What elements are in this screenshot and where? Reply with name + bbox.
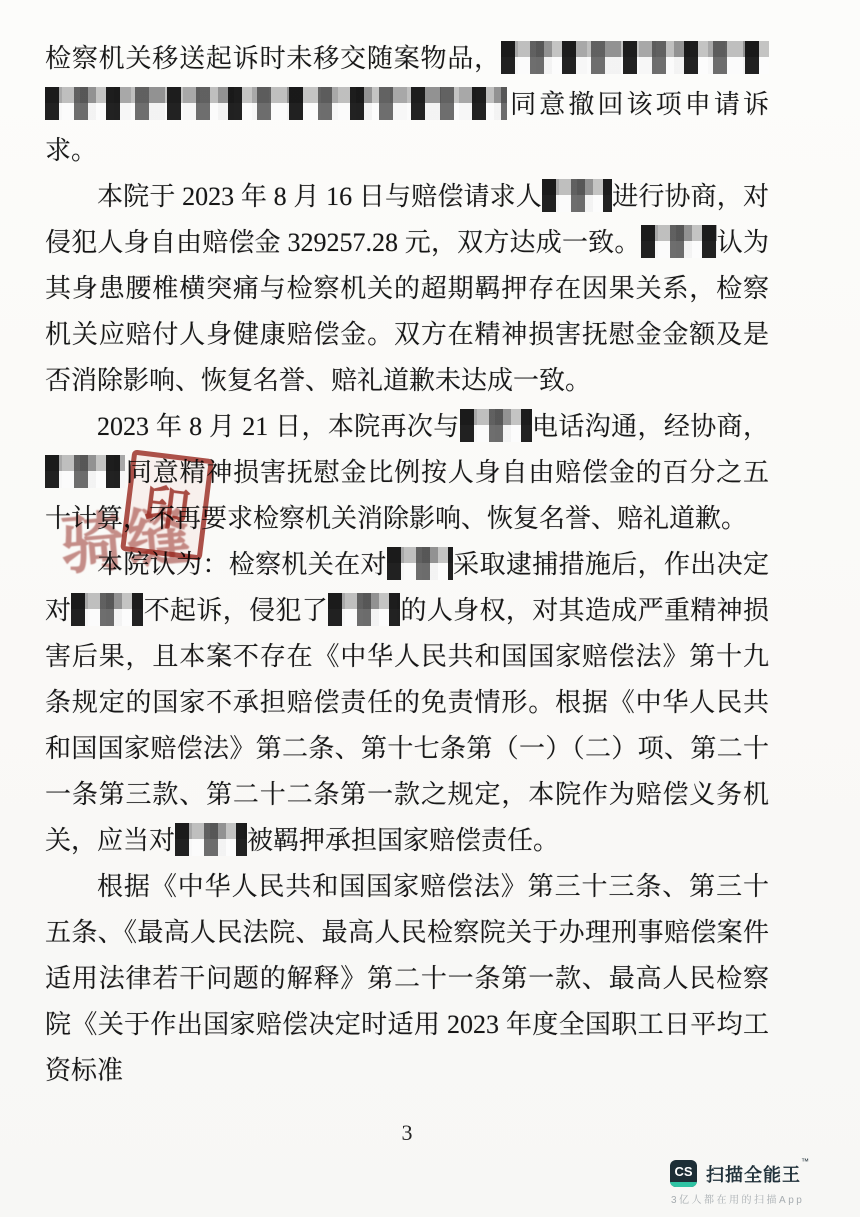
redaction-block [641,225,717,258]
redaction-block [328,593,400,626]
redaction-block [45,87,507,120]
document-body: 检察机关移送起诉时未移交随案物品，同意撤回该项申请诉求。本院于 2023 年 8… [45,36,769,1094]
camscanner-row: CS 扫描全能王™ [670,1160,810,1187]
redaction-block [175,823,247,856]
camscanner-tagline: 3亿人都在用的扫描App [670,1191,804,1206]
redaction-block [387,547,453,580]
trademark-symbol: ™ [801,1157,810,1166]
redaction-block [460,409,532,442]
paragraph: 本院认为：检察机关在对采取逮捕措施后，作出决定对不起诉，侵犯了的人身权，对其造成… [45,542,769,864]
text-run: 不起诉，侵犯了 [143,596,328,625]
text-run: 本院认为：检察机关在对 [97,550,387,579]
text-run: 2023 年 8 月 21 日，本院再次与 [97,412,460,441]
text-run: 被羁押承担国家赔偿责任。 [247,826,559,855]
text-run: 同意精神损害抚慰金比例按人身自由赔偿金的百分之五十计算，不再要求检察机关消除影响… [45,458,769,533]
camscanner-icon: CS [670,1160,697,1187]
scanned-document-page: 检察机关移送起诉时未移交随案物品，同意撤回该项申请诉求。本院于 2023 年 8… [0,0,860,1217]
text-run: 电话沟通，经协商， [532,412,769,441]
camscanner-watermark: CS 扫描全能王™ 3亿人都在用的扫描App [670,1160,810,1206]
text-run: 根据《中华人民共和国国家赔偿法》第三十三条、第三十五条、《最高人民法院、最高人民… [45,872,769,1085]
text-run: 本院于 2023 年 8 月 16 日与赔偿请求人 [97,182,542,211]
camscanner-icon-letters: CS [674,1165,692,1178]
page-number: 3 [45,1120,769,1146]
redaction-block [501,41,769,74]
paragraph: 2023 年 8 月 21 日，本院再次与电话沟通，经协商，同意精神损害抚慰金比… [45,404,769,542]
text-run: 检察机关移送起诉时未移交随案物品， [45,44,501,73]
redaction-block [542,179,612,212]
camscanner-app-name: 扫描全能王™ [706,1161,810,1187]
camscanner-app-name-text: 扫描全能王 [706,1165,801,1185]
paragraph: 本院于 2023 年 8 月 16 日与赔偿请求人进行协商，对侵犯人身自由赔偿金… [45,174,769,404]
paragraph: 根据《中华人民共和国国家赔偿法》第三十三条、第三十五条、《最高人民法院、最高人民… [45,864,769,1094]
redaction-block [45,455,125,488]
text-run: 的人身权，对其造成严重精神损害后果，且本案不存在《中华人民共和国国家赔偿法》第十… [45,596,769,855]
paragraph: 检察机关移送起诉时未移交随案物品，同意撤回该项申请诉求。 [45,36,769,174]
camscanner-icon-accent-bar [670,1182,697,1187]
redaction-block [71,593,143,626]
